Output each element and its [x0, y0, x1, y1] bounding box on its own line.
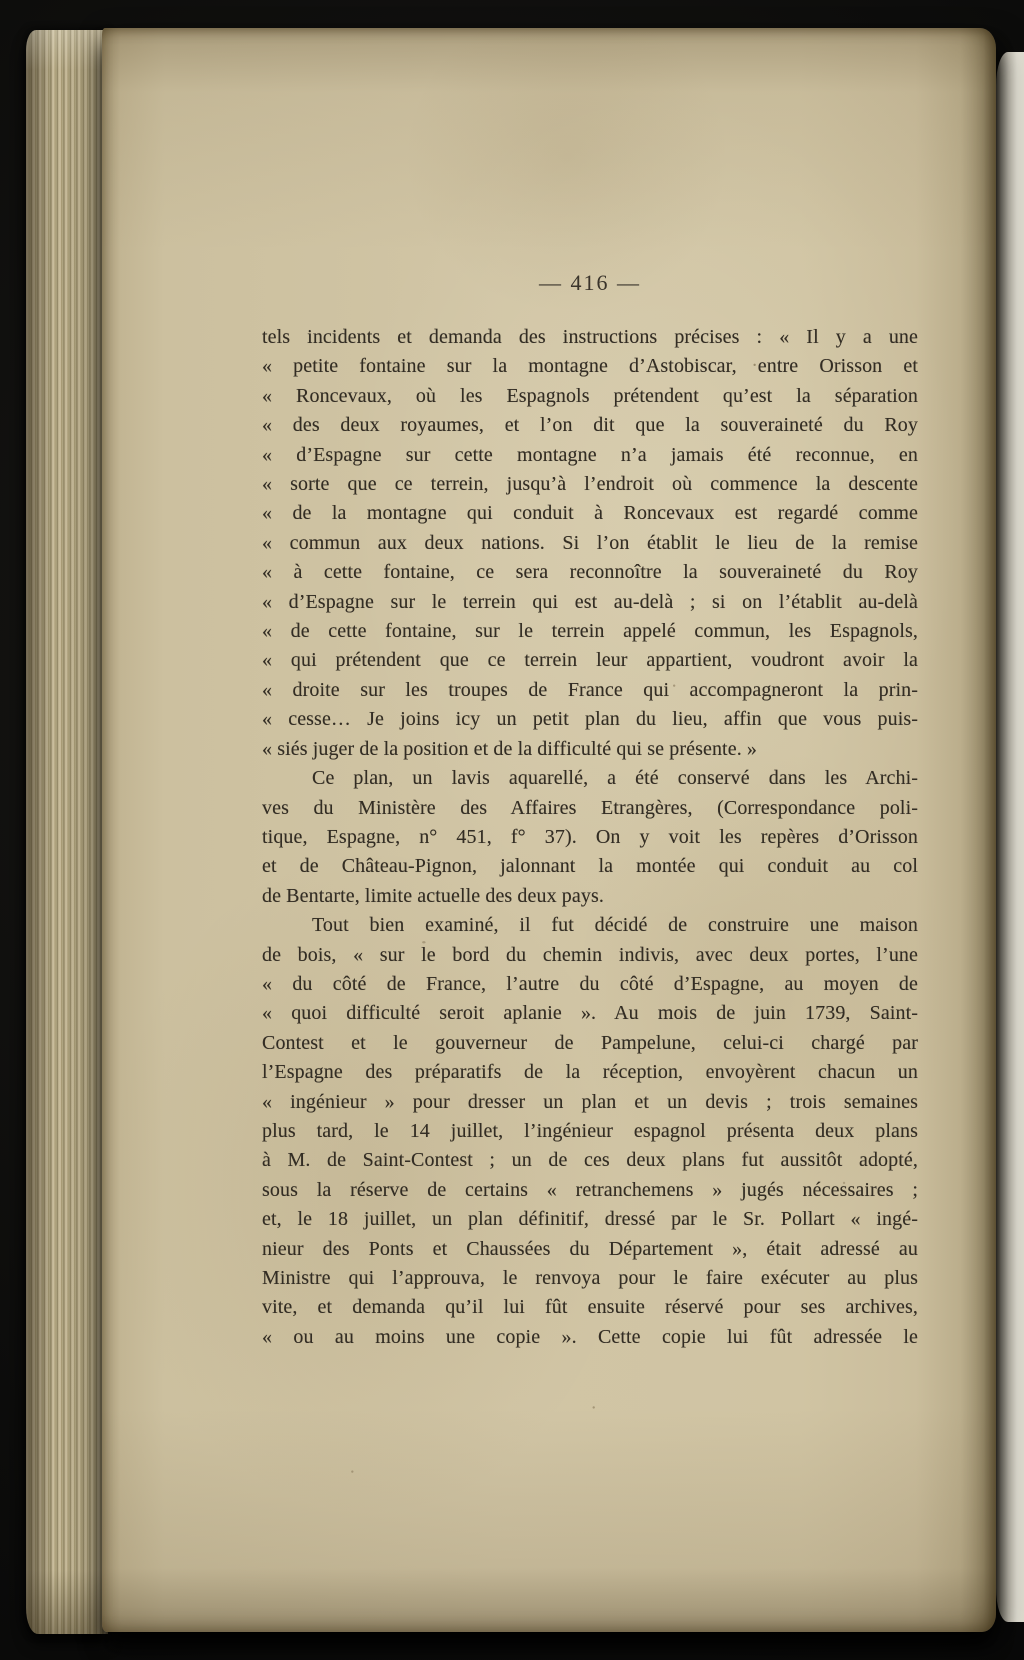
- text-line: vite, et demanda qu’il lui fût ensuite r…: [262, 1293, 918, 1322]
- text-line: « siés juger de la position et de la dif…: [262, 735, 918, 764]
- text-line: « qui prétendent que ce terrein leur app…: [262, 646, 918, 675]
- text-line: et de Château-Pignon, jalonnant la monté…: [262, 852, 918, 881]
- text-line: « quoi difficulté seroit aplanie ». Au m…: [262, 999, 918, 1028]
- page-text: tels incidents et demanda des instructio…: [262, 323, 918, 1352]
- text-line: « commun aux deux nations. Si l’on établ…: [262, 529, 918, 558]
- type-area: — 416 — tels incidents et demanda des in…: [262, 268, 918, 1352]
- text-line: ves du Ministère des Affaires Etrangères…: [262, 794, 918, 823]
- text-line: « sorte que ce terrein, jusqu’à l’endroi…: [262, 470, 918, 499]
- text-line: de Bentarte, limite actuelle des deux pa…: [262, 882, 918, 911]
- text-line: « à cette fontaine, ce sera reconnoître …: [262, 558, 918, 587]
- text-line: « de cette fontaine, sur le terrein appe…: [262, 617, 918, 646]
- text-line: de bois, « sur le bord du chemin indivis…: [262, 941, 918, 970]
- text-line: Tout bien examiné, il fut décidé de cons…: [262, 911, 918, 940]
- text-line: « petite fontaine sur la montagne d’Asto…: [262, 352, 918, 381]
- book-scan-photo: — 416 — tels incidents et demanda des in…: [0, 0, 1024, 1660]
- text-line: tique, Espagne, n° 451, f° 37). On y voi…: [262, 823, 918, 852]
- page-stack-fore-edge: [26, 30, 108, 1634]
- text-line: et, le 18 juillet, un plan définitif, dr…: [262, 1205, 918, 1234]
- paragraph: Tout bien examiné, il fut décidé de cons…: [262, 911, 918, 1352]
- text-line: « cesse… Je joins icy un petit plan du l…: [262, 705, 918, 734]
- paragraph: Ce plan, un lavis aquarellé, a été conse…: [262, 764, 918, 911]
- text-line: plus tard, le 14 juillet, l’ingénieur es…: [262, 1117, 918, 1146]
- text-line: « du côté de France, l’autre du côté d’E…: [262, 970, 918, 999]
- page-number-header: — 416 —: [262, 268, 918, 297]
- text-line: Ce plan, un lavis aquarellé, a été conse…: [262, 764, 918, 793]
- text-line: « ou au moins une copie ». Cette copie l…: [262, 1323, 918, 1352]
- book-page: — 416 — tels incidents et demanda des in…: [102, 28, 996, 1632]
- text-line: « d’Espagne sur cette montagne n’a jamai…: [262, 441, 918, 470]
- facing-page-edge: [996, 52, 1024, 1622]
- text-line: « Roncevaux, où les Espagnols prétendent…: [262, 382, 918, 411]
- text-line: « ingénieur » pour dresser un plan et un…: [262, 1088, 918, 1117]
- text-line: l’Espagne des préparatifs de la réceptio…: [262, 1058, 918, 1087]
- text-line: « des deux royaumes, et l’on dit que la …: [262, 411, 918, 440]
- text-line: sous la réserve de certains « retranchem…: [262, 1176, 918, 1205]
- text-line: nieur des Ponts et Chaussées du Départem…: [262, 1235, 918, 1264]
- text-line: Ministre qui l’approuva, le renvoya pour…: [262, 1264, 918, 1293]
- text-line: Contest et le gouverneur de Pampelune, c…: [262, 1029, 918, 1058]
- paragraph: tels incidents et demanda des instructio…: [262, 323, 918, 764]
- text-line: tels incidents et demanda des instructio…: [262, 323, 918, 352]
- text-line: « de la montagne qui conduit à Roncevaux…: [262, 499, 918, 528]
- text-line: « droite sur les troupes de France qui a…: [262, 676, 918, 705]
- text-line: « d’Espagne sur le terrein qui est au-de…: [262, 588, 918, 617]
- text-line: à M. de Saint-Contest ; un de ces deux p…: [262, 1146, 918, 1175]
